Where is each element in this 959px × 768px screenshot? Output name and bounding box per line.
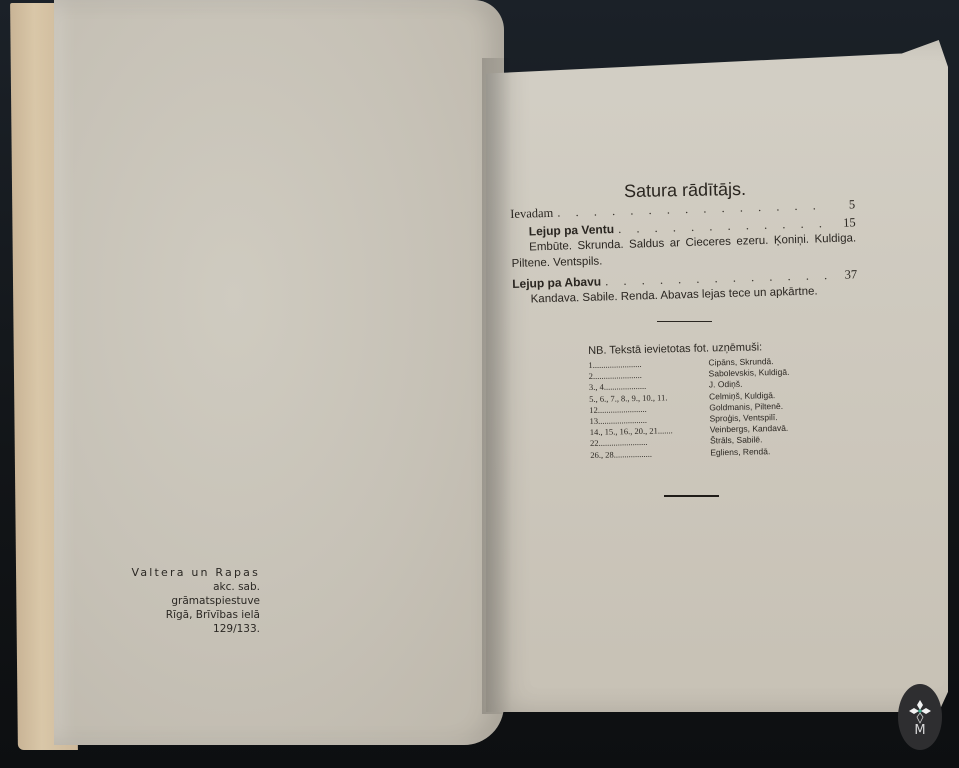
museum-logo-icon [907, 698, 933, 724]
imprint-line-3: Rīgā, Brīvības ielā 129/133. [130, 608, 260, 636]
toc-page: 15 [835, 214, 855, 231]
watermark-badge: M [898, 684, 942, 750]
toc-page: 5 [835, 196, 855, 213]
book-gutter [482, 58, 512, 714]
imprint-line-2: akc. sab. grāmatspiestuve [130, 580, 260, 608]
left-page [54, 0, 504, 745]
toc-page: 37 [837, 266, 857, 283]
table-of-contents: Ievadam . . . . . . . . . . . . . . . . … [510, 194, 858, 308]
toc-label: Lejup pa Abavu [512, 273, 601, 291]
toc-label: Lejup pa Ventu [529, 221, 615, 239]
credit-photographer: Egliens, Rendā. [710, 445, 820, 459]
printer-imprint: Valtera un Rapas akc. sab. grāmatspiestu… [130, 566, 260, 636]
watermark-letter: M [914, 724, 925, 737]
toc-label: Ievadam [510, 205, 553, 222]
divider-rule [657, 321, 712, 322]
divider-rule [664, 495, 719, 497]
imprint-line-1: Valtera un Rapas [130, 566, 260, 580]
photo-credits: NB. Tekstā ievietotas fot. uzņēmuši: 1..… [588, 340, 820, 461]
